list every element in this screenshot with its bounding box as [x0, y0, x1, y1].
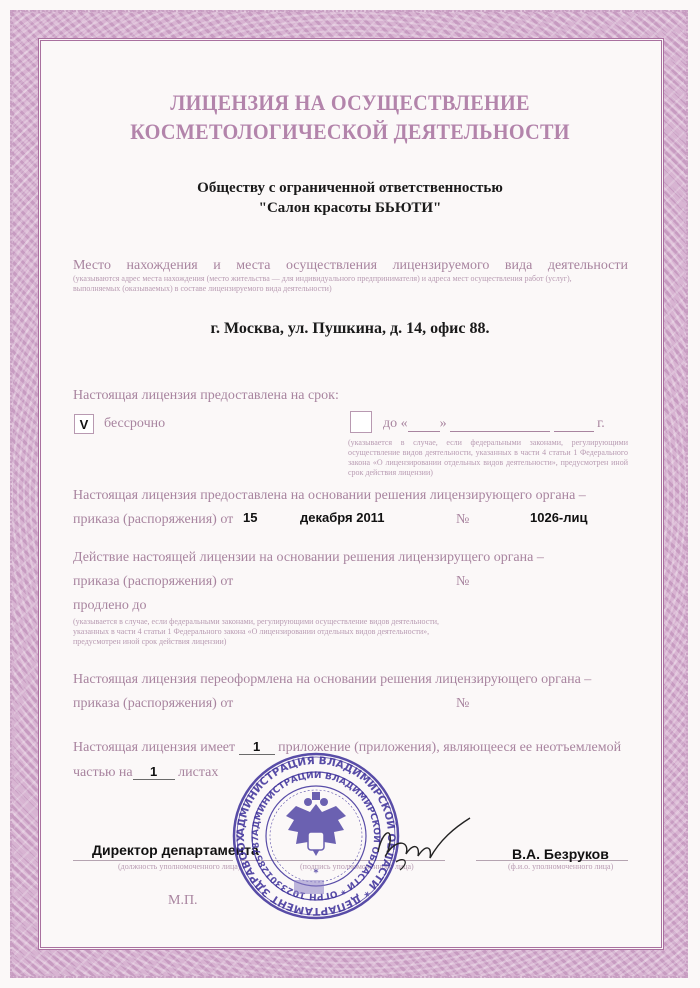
- until-date-checkbox[interactable]: [350, 411, 372, 433]
- grant-day: 15: [243, 510, 257, 525]
- handwritten-signature: [370, 812, 480, 872]
- grant-month-year: декабря 2011: [300, 510, 384, 525]
- unlimited-label: бессрочно: [104, 416, 165, 432]
- svg-text:*: *: [314, 868, 319, 879]
- appendix-line2-prefix: частью на: [73, 765, 133, 780]
- license-document: ЛИЦЕНЗИЯ НА ОСУЩЕСТВЛЕНИЕ КОСМЕТОЛОГИЧЕС…: [0, 0, 700, 988]
- signer-name: В.А. Безруков: [512, 846, 609, 862]
- coat-of-arms-icon: [286, 792, 346, 856]
- licensee-type: Обществу с ограниченной ответственностью: [0, 180, 700, 197]
- extension-number-sign: №: [456, 574, 469, 590]
- unlimited-checkbox[interactable]: V: [74, 414, 94, 434]
- term-label: Настоящая лицензия предоставлена на срок…: [73, 388, 339, 404]
- until-quote-close: »: [440, 416, 447, 431]
- appendix-line2: частью на1 листах: [73, 765, 218, 781]
- extension-line1: Действие настоящей лицензии на основании…: [73, 550, 544, 566]
- until-year-suffix: г.: [597, 416, 605, 431]
- reissue-number-sign: №: [456, 696, 469, 712]
- grant-number-sign: №: [456, 512, 469, 528]
- until-month-blank[interactable]: [450, 417, 550, 432]
- document-title-line1: ЛИЦЕНЗИЯ НА ОСУЩЕСТВЛЕНИЕ: [28, 90, 672, 116]
- appendix-sheets: 1: [133, 765, 175, 780]
- grant-line2-prefix: приказа (распоряжения) от: [73, 512, 233, 528]
- document-title-line2: КОСМЕТОЛОГИЧЕСКОЙ ДЕЯТЕЛЬНОСТИ: [28, 119, 672, 145]
- address: г. Москва, ул. Пушкина, д. 14, офис 88.: [0, 320, 700, 338]
- appendix-line2-suffix: листах: [178, 765, 218, 780]
- reissue-line2-prefix: приказа (распоряжения) от: [73, 696, 233, 712]
- until-day-blank[interactable]: [408, 417, 440, 432]
- reissue-line1: Настоящая лицензия переоформлена на осно…: [73, 672, 591, 688]
- extension-note: (указывается в случае, если федеральными…: [73, 617, 443, 647]
- stamp-place-label: М.П.: [168, 893, 198, 909]
- until-note: (указывается в случае, если федеральными…: [348, 438, 628, 478]
- until-year-blank[interactable]: [554, 417, 594, 432]
- location-label: Место нахождения и места осуществления л…: [73, 258, 628, 274]
- grant-line1: Настоящая лицензия предоставлена на осно…: [73, 488, 586, 504]
- position-line: [73, 860, 233, 861]
- grant-number: 1026-лиц: [530, 510, 588, 525]
- until-prefix: до «: [383, 416, 408, 431]
- name-caption: (ф.и.о. уполномоченного лица): [508, 862, 613, 872]
- extension-line2-prefix: приказа (распоряжения) от: [73, 574, 233, 590]
- until-date-field[interactable]: до « » г.: [383, 416, 605, 432]
- location-note-2: выполняемых (оказываемых) в составе лице…: [73, 284, 628, 294]
- licensee-name: "Салон красоты БЬЮТИ": [0, 200, 700, 217]
- position-caption: (должность уполномоченного лица): [118, 862, 240, 872]
- extended-until-label: продлено до: [73, 598, 147, 614]
- appendix-prefix: Настоящая лицензия имеет: [73, 740, 235, 755]
- location-note-1: (указываются адрес места нахождения (мес…: [73, 274, 628, 284]
